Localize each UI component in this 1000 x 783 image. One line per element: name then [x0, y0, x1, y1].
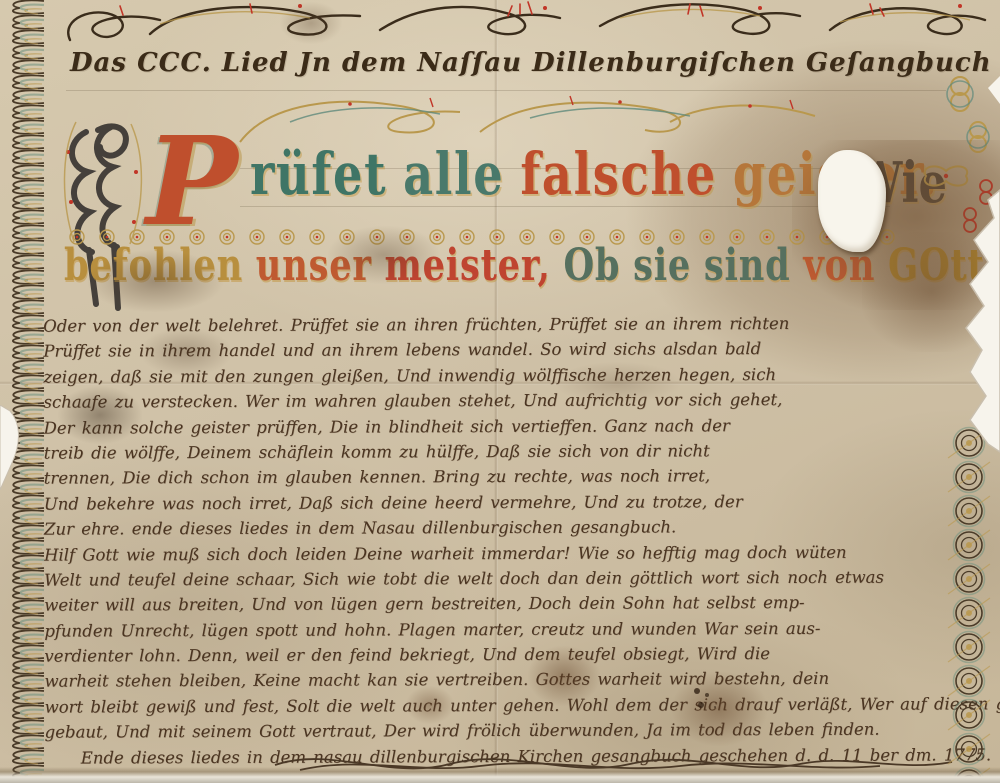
body-line: Der kann solche geister prüffen, Die in … — [44, 412, 970, 441]
body-line: pfunden Unrecht, lügen spott und hohn. P… — [44, 615, 970, 644]
title-word: falsche — [520, 140, 716, 208]
title-word: unser — [256, 240, 372, 291]
body-line: Welt und teufel deine schaar, Sich wie t… — [44, 564, 970, 593]
header-line: Das CCC. Lied Jn dem Naſſau Dillenburgiſ… — [70, 48, 975, 78]
title-word: rüfet — [250, 140, 387, 208]
title-word: meister, — [385, 240, 551, 291]
title-word: Ob — [563, 240, 620, 291]
body-line: Und bekehre was noch irret, Daß sich dei… — [44, 488, 970, 517]
torn-right-edge — [958, 0, 1000, 460]
body-line: verdienter lohn. Denn, weil er den feind… — [44, 640, 970, 669]
calligraphic-flourish-band — [0, 0, 1000, 52]
body-line: Oder von der welt belehret. Prüffet sie … — [43, 310, 969, 339]
body-line: gebaut, Und mit seinem Gott vertraut, De… — [45, 717, 971, 746]
title-word: sind — [704, 240, 791, 291]
ink-spots — [694, 688, 700, 694]
interlaced-monogram-ornament — [56, 112, 151, 337]
body-line: Hilf Gott wie muß sich doch leiden Deine… — [44, 539, 970, 568]
manuscript-page: Das CCC. Lied Jn dem Naſſau Dillenburgiſ… — [0, 0, 1000, 783]
torn-left-notch — [0, 405, 26, 490]
bottom-paper-edge — [0, 767, 1000, 783]
spiral-scroll-border — [944, 426, 996, 783]
body-line: Prüffet sie in ihrem handel und an ihrem… — [43, 336, 969, 365]
initial-letter-p: P — [146, 120, 238, 242]
body-line: trennen, Die dich schon im glauben kenne… — [44, 463, 970, 492]
title-word: befohlen — [64, 240, 243, 291]
braided-chain-border — [4, 0, 52, 783]
body-line: schaafe zu verstecken. Wer im wahren gla… — [43, 387, 969, 416]
body-line: zeigen, daß sie mit den zungen gleißen, … — [43, 361, 969, 390]
body-line: weiter will aus breiten, Und von lügen g… — [44, 590, 970, 619]
guide-line — [66, 90, 946, 91]
body-text-block: Oder von der welt belehret. Prüffet sie … — [43, 310, 971, 770]
body-line: wort bleibt gewiß und fest, Solt die wel… — [45, 691, 971, 720]
body-line: warheit stehen bleiben, Keine macht kan … — [44, 666, 970, 695]
body-line: Zur ehre. ende dieses liedes in dem Nasa… — [44, 514, 970, 543]
body-line: treib die wölffe, Deinem schäflein komm … — [44, 437, 970, 466]
paper-loss-hole — [818, 150, 886, 252]
title-word: alle — [403, 140, 504, 208]
title-word: sie — [633, 240, 691, 291]
